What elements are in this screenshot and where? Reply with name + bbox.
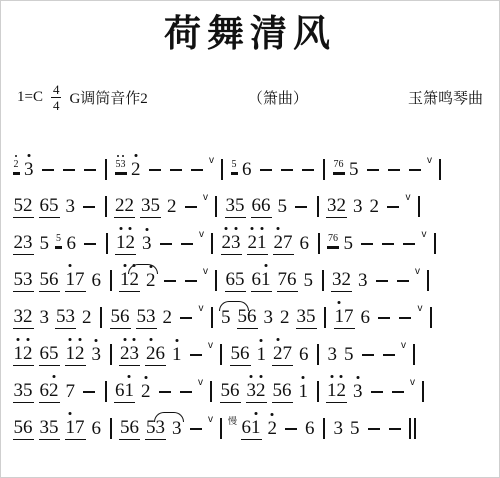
breath-mark: v — [410, 377, 415, 388]
note-group: 52 — [13, 196, 34, 218]
note-group: 65 — [225, 270, 246, 292]
duration-dash — [409, 169, 421, 171]
music-line: 126512323261v56127635v — [10, 336, 490, 373]
breath-mark: v — [199, 303, 204, 314]
note-digit: 3 — [328, 345, 338, 364]
note-group: 5 — [348, 160, 360, 179]
octave-dot — [271, 413, 274, 416]
octave-dot — [123, 264, 126, 267]
key-and-time: 1=C 4 4 G调筒音作2 — [17, 83, 148, 112]
note-group: 3 — [352, 382, 364, 401]
note-digit: 1 — [261, 270, 271, 289]
note-digit: 2 — [268, 419, 278, 438]
octave-dot — [259, 375, 262, 378]
octave-dot — [134, 154, 137, 157]
note-group: 17 — [65, 270, 86, 292]
notation-area: 23532v56765v5265322352v356653232v2355612… — [1, 151, 499, 447]
note-group: 12 — [65, 344, 86, 366]
note-digit: 3 — [247, 381, 257, 400]
note-digit: 5 — [221, 308, 231, 327]
note-group: 23 — [119, 344, 140, 366]
digit-group: 12 — [65, 344, 86, 366]
note-group: 5 — [39, 234, 51, 253]
octave-dot — [27, 154, 30, 157]
breath-mark: v — [427, 155, 432, 166]
note-group: 35 — [39, 418, 60, 440]
note-digit: 3 — [231, 233, 241, 252]
octave-dot — [69, 264, 72, 267]
note-digit: 7 — [75, 418, 85, 437]
duration-dash — [260, 169, 272, 171]
tempo-mark: 慢 — [228, 414, 237, 427]
note-group: 3 — [171, 419, 183, 438]
octave-dot — [356, 376, 359, 379]
barline — [418, 196, 420, 217]
key-signature: 1=C — [17, 89, 43, 106]
duration-dash — [84, 169, 96, 171]
digit-group: 2 — [279, 308, 291, 327]
score-header: 1=C 4 4 G调筒音作2 （箫曲） 玉箫鸣琴曲 — [1, 79, 499, 115]
note-digit: 2 — [14, 160, 19, 170]
note-group: 1 — [298, 382, 310, 401]
note-group: 26 — [145, 344, 166, 366]
note-digit: 3 — [121, 160, 126, 170]
duration-dash — [285, 428, 297, 430]
note-digit: 2 — [23, 307, 33, 326]
note-digit: 1 — [66, 418, 76, 437]
note-digit: 5 — [56, 234, 61, 244]
octave-dot — [175, 339, 178, 342]
note-group: 7 — [65, 382, 77, 401]
note-group: 32 — [331, 270, 352, 292]
note-group: 53 — [136, 307, 157, 329]
note-digit: 3 — [23, 233, 33, 252]
note-digit: 1 — [335, 307, 345, 326]
note-digit: 3 — [146, 307, 156, 326]
digit-group: 5 — [55, 226, 62, 247]
note-digit: 3 — [327, 196, 337, 215]
note-digit: 1 — [257, 345, 267, 364]
digit-group: 12 — [326, 381, 347, 403]
digit-group: 3 — [65, 197, 77, 216]
note-digit: 2 — [146, 344, 156, 363]
octave-dot — [149, 338, 152, 341]
note-digit: 3 — [141, 196, 151, 215]
note-group: 3 — [357, 271, 369, 290]
note-digit: 2 — [141, 382, 151, 401]
note-group: 32 — [13, 307, 34, 329]
note-digit: 5 — [14, 418, 24, 437]
note-group: 6 — [91, 271, 103, 290]
note-digit: 6 — [115, 381, 125, 400]
grace-note: 53 — [115, 152, 127, 173]
digit-group: 17 — [65, 270, 86, 292]
duration-dash — [83, 206, 95, 208]
note-digit: 3 — [353, 382, 363, 401]
duration-dash — [362, 354, 374, 356]
digit-group: 56 — [230, 344, 251, 366]
barline — [317, 381, 319, 402]
digit-group: 7 — [65, 382, 77, 401]
grace-note: 76 — [333, 152, 345, 173]
grace-note: 5 — [55, 226, 62, 247]
barline — [427, 270, 429, 291]
barline — [215, 270, 217, 291]
digit-group: 12 — [115, 233, 136, 255]
music-line: 35627612v5632561123v — [10, 373, 490, 410]
digit-group: 76 — [277, 270, 298, 292]
note-digit: 2 — [342, 270, 352, 289]
duration-dash — [367, 169, 379, 171]
digit-group: 2 — [369, 197, 381, 216]
octave-dot — [123, 338, 126, 341]
note-digit: 7 — [75, 270, 85, 289]
octave-dot — [133, 338, 136, 341]
breath-mark: v — [418, 303, 423, 314]
barline — [413, 344, 415, 365]
digit-group: 32 — [13, 307, 34, 329]
digit-group: 2 — [145, 271, 157, 290]
digit-group: 3 — [39, 308, 51, 327]
note-digit: 2 — [146, 271, 156, 290]
note-group: 3 — [23, 160, 35, 179]
octave-dot — [128, 375, 131, 378]
note-digit: 5 — [111, 307, 121, 326]
note-digit: 2 — [14, 233, 24, 252]
barline — [434, 233, 436, 254]
barline — [105, 381, 107, 402]
note-digit: 5 — [40, 270, 50, 289]
barline — [110, 270, 112, 291]
digit-group: 32 — [326, 196, 347, 218]
note-group: 3 — [333, 419, 345, 438]
digit-group: 56 — [272, 381, 293, 403]
page-title: 荷舞清风 — [1, 13, 499, 57]
note-digit: 5 — [232, 160, 237, 170]
note-digit: 2 — [222, 233, 232, 252]
duration-dash — [190, 354, 202, 356]
duration-dash — [170, 169, 182, 171]
digit-group: 27 — [272, 344, 293, 366]
duration-dash — [295, 206, 307, 208]
note-group: 12 — [115, 233, 136, 255]
tie-arc — [154, 412, 184, 422]
duration-dash — [371, 391, 383, 393]
note-digit: 7 — [66, 382, 76, 401]
barline — [324, 307, 326, 328]
note-digit: 1 — [299, 382, 309, 401]
digit-group: 3 — [327, 345, 339, 364]
digit-group: 61 — [251, 270, 272, 292]
duration-dash — [361, 243, 373, 245]
digit-group: 5 — [343, 345, 355, 364]
barline — [317, 196, 319, 217]
note-digit: 1 — [116, 233, 126, 252]
octave-dot — [340, 375, 343, 378]
note-digit: 2 — [337, 381, 347, 400]
note-digit: 2 — [75, 344, 85, 363]
note-digit: 1 — [172, 345, 182, 364]
duration-dash — [83, 391, 95, 393]
note-group: 61 — [251, 270, 272, 292]
note-group: 27 — [272, 344, 293, 366]
note-digit: 3 — [297, 307, 307, 326]
note-digit: 6 — [261, 196, 271, 215]
digit-group: 65 — [39, 344, 60, 366]
octave-dot — [78, 338, 81, 341]
digit-group: 32 — [246, 381, 267, 403]
barline — [220, 418, 222, 439]
duration-dash — [42, 169, 54, 171]
note-digit: 6 — [130, 418, 140, 437]
barline — [110, 418, 112, 439]
digit-group: 5 — [348, 160, 360, 179]
note-group: 23 — [13, 233, 34, 255]
octave-dot — [330, 375, 333, 378]
octave-dot — [250, 375, 253, 378]
note-digit: 5 — [40, 234, 50, 253]
digit-group: 5 — [303, 271, 315, 290]
note-group: 12 — [326, 381, 347, 403]
note-group: 61 — [114, 381, 135, 403]
octave-dot — [69, 412, 72, 415]
breath-mark: v — [209, 155, 214, 166]
digit-group: 5 — [343, 234, 355, 253]
digit-group: 6 — [304, 419, 316, 438]
note-digit: 3 — [332, 270, 342, 289]
digit-group: 3 — [23, 160, 35, 179]
note-digit: 2 — [273, 344, 283, 363]
note-digit: 2 — [23, 344, 33, 363]
barline — [220, 344, 222, 365]
grace-note: 2 — [13, 152, 20, 173]
note-digit: 3 — [226, 196, 236, 215]
note-group: 56 — [13, 418, 34, 440]
note-digit: 3 — [92, 345, 102, 364]
octave-dot — [52, 375, 55, 378]
note-group: 66 — [251, 196, 272, 218]
digit-group: 6 — [241, 160, 253, 179]
digit-group: 3 — [171, 419, 183, 438]
note-group: 56 — [220, 381, 241, 403]
genre-label: （箫曲） — [248, 87, 308, 108]
note-group: 56 — [119, 418, 140, 440]
digit-group: 3 — [141, 234, 153, 253]
note-digit: 6 — [282, 381, 292, 400]
digit-group: 6 — [66, 234, 78, 253]
breath-mark: v — [422, 229, 427, 240]
note-digit: 2 — [125, 196, 135, 215]
duration-dash — [281, 169, 293, 171]
digit-group: 26 — [145, 344, 166, 366]
breath-mark: v — [406, 192, 411, 203]
duration-dash — [302, 169, 314, 171]
note-group: 32 — [246, 381, 267, 403]
duration-dash — [190, 428, 202, 430]
barline — [215, 196, 217, 217]
tie-arc — [219, 301, 249, 311]
music-line: 5356176122v6561765323v — [10, 262, 490, 299]
note-group: 17 — [65, 418, 86, 440]
note-group: 3 — [91, 345, 103, 364]
octave-dot — [260, 227, 263, 230]
duration-dash — [159, 391, 171, 393]
note-group: 21 — [247, 233, 268, 255]
octave-dot — [144, 376, 147, 379]
note-group: 2 — [81, 308, 93, 327]
note-digit: 7 — [278, 270, 288, 289]
digit-group: 2 — [166, 197, 178, 216]
note-digit: 6 — [120, 307, 130, 326]
note-group: 2 — [166, 197, 178, 216]
note-digit: 6 — [67, 234, 77, 253]
note-digit: 2 — [280, 308, 290, 327]
note-group: 2 — [267, 419, 279, 438]
digit-group: 53 — [115, 152, 127, 173]
digit-group: 56 — [13, 418, 34, 440]
note-digit: 1 — [66, 270, 76, 289]
digit-group: 22 — [114, 196, 135, 218]
note-digit: 1 — [14, 344, 24, 363]
barline — [211, 307, 213, 328]
digit-group: 3 — [333, 419, 345, 438]
barline — [317, 344, 319, 365]
digit-group: 52 — [13, 196, 34, 218]
octave-dot — [26, 338, 29, 341]
breath-mark: v — [208, 340, 213, 351]
note-digit: 5 — [235, 270, 245, 289]
duration-dash — [382, 243, 394, 245]
note-digit: 3 — [130, 344, 140, 363]
note-digit: 6 — [333, 234, 338, 244]
digit-group: 61 — [114, 381, 135, 403]
digit-group: 2 — [81, 308, 93, 327]
digit-group: 35 — [13, 381, 34, 403]
note-digit: 3 — [23, 270, 33, 289]
octave-dot — [129, 227, 132, 230]
note-group: 2 — [130, 160, 142, 179]
digit-group: 5 — [349, 419, 361, 438]
digit-group: 3 — [263, 308, 275, 327]
note-group: 35 — [225, 196, 246, 218]
digit-group: 23 — [119, 344, 140, 366]
note-digit: 2 — [126, 233, 136, 252]
note-group: 56 — [230, 344, 251, 366]
digit-group: 76 — [327, 226, 339, 247]
note-digit: 3 — [353, 197, 363, 216]
grace-note: 76 — [327, 226, 339, 247]
note-group: 53 — [13, 270, 34, 292]
note-group: 35 — [13, 381, 34, 403]
digit-group: 56 — [220, 381, 241, 403]
time-denominator: 4 — [53, 98, 60, 112]
note-digit: 6 — [156, 344, 166, 363]
note-group: 2 — [162, 308, 174, 327]
note-group: 76 — [277, 270, 298, 292]
note-digit: 5 — [304, 271, 314, 290]
duration-dash — [185, 280, 197, 282]
barline — [210, 381, 212, 402]
note-digit: 3 — [66, 197, 76, 216]
digit-group: 5 — [277, 197, 289, 216]
digit-group: 23 — [13, 233, 34, 255]
note-digit: 6 — [92, 271, 102, 290]
note-group: 5 — [277, 197, 289, 216]
music-line: 5265322352v356653232v — [10, 188, 490, 225]
note-digit: 6 — [305, 419, 315, 438]
duration-dash — [378, 317, 390, 319]
duration-dash — [387, 206, 399, 208]
digit-group: 76 — [333, 152, 345, 173]
octave-dot — [95, 339, 98, 342]
note-digit: 6 — [242, 418, 252, 437]
note-digit: 5 — [221, 381, 231, 400]
note-group: 3 — [141, 234, 153, 253]
digit-group: 62 — [39, 381, 60, 403]
digit-group: 27 — [273, 233, 294, 255]
composer-credit: 玉箫鸣琴曲 — [408, 87, 483, 108]
note-digit: 2 — [82, 308, 92, 327]
note-digit: 1 — [257, 233, 267, 252]
digit-group: 2 — [13, 152, 20, 173]
digit-group: 56 — [110, 307, 131, 329]
note-digit: 6 — [226, 270, 236, 289]
music-line: 23532v56765v — [10, 151, 490, 188]
tie-arc — [128, 264, 158, 274]
duration-dash — [164, 280, 176, 282]
barline — [221, 159, 223, 180]
note-group: 6 — [298, 345, 310, 364]
note-digit: 6 — [300, 234, 310, 253]
note-group: 6 — [299, 234, 311, 253]
music-line: 563517656533v慢612635 — [10, 410, 490, 447]
note-digit: 2 — [49, 381, 59, 400]
note-group: 3 — [352, 197, 364, 216]
barline — [100, 307, 102, 328]
digit-group: 53 — [55, 307, 76, 329]
note-group: 5 — [343, 345, 355, 364]
digit-group: 5 — [220, 308, 232, 327]
note-group: 1 — [256, 345, 268, 364]
breath-mark: v — [401, 340, 406, 351]
octave-dot — [264, 264, 267, 267]
note-group: 6 — [360, 308, 372, 327]
digit-group: 32 — [331, 270, 352, 292]
note-digit: 7 — [283, 344, 293, 363]
note-digit: 3 — [334, 419, 344, 438]
octave-dot — [302, 376, 305, 379]
digit-group: 5 — [39, 234, 51, 253]
note-digit: 5 — [151, 196, 161, 215]
octave-dot — [69, 338, 72, 341]
digit-group: 17 — [334, 307, 355, 329]
octave-dot — [260, 339, 263, 342]
duration-dash — [84, 243, 96, 245]
barline — [105, 159, 107, 180]
note-group: 27 — [273, 233, 294, 255]
digit-group: 21 — [247, 233, 268, 255]
digit-group: 2 — [140, 382, 152, 401]
music-line: 23556123v2321276765v — [10, 225, 490, 262]
note-digit: 3 — [14, 307, 24, 326]
note-group: 2 — [279, 308, 291, 327]
digit-group: 2 — [267, 419, 279, 438]
note-digit: 3 — [40, 308, 50, 327]
note-digit: 2 — [370, 197, 380, 216]
duration-dash — [383, 354, 395, 356]
digit-group: 3 — [352, 197, 364, 216]
note-digit: 6 — [339, 160, 344, 170]
